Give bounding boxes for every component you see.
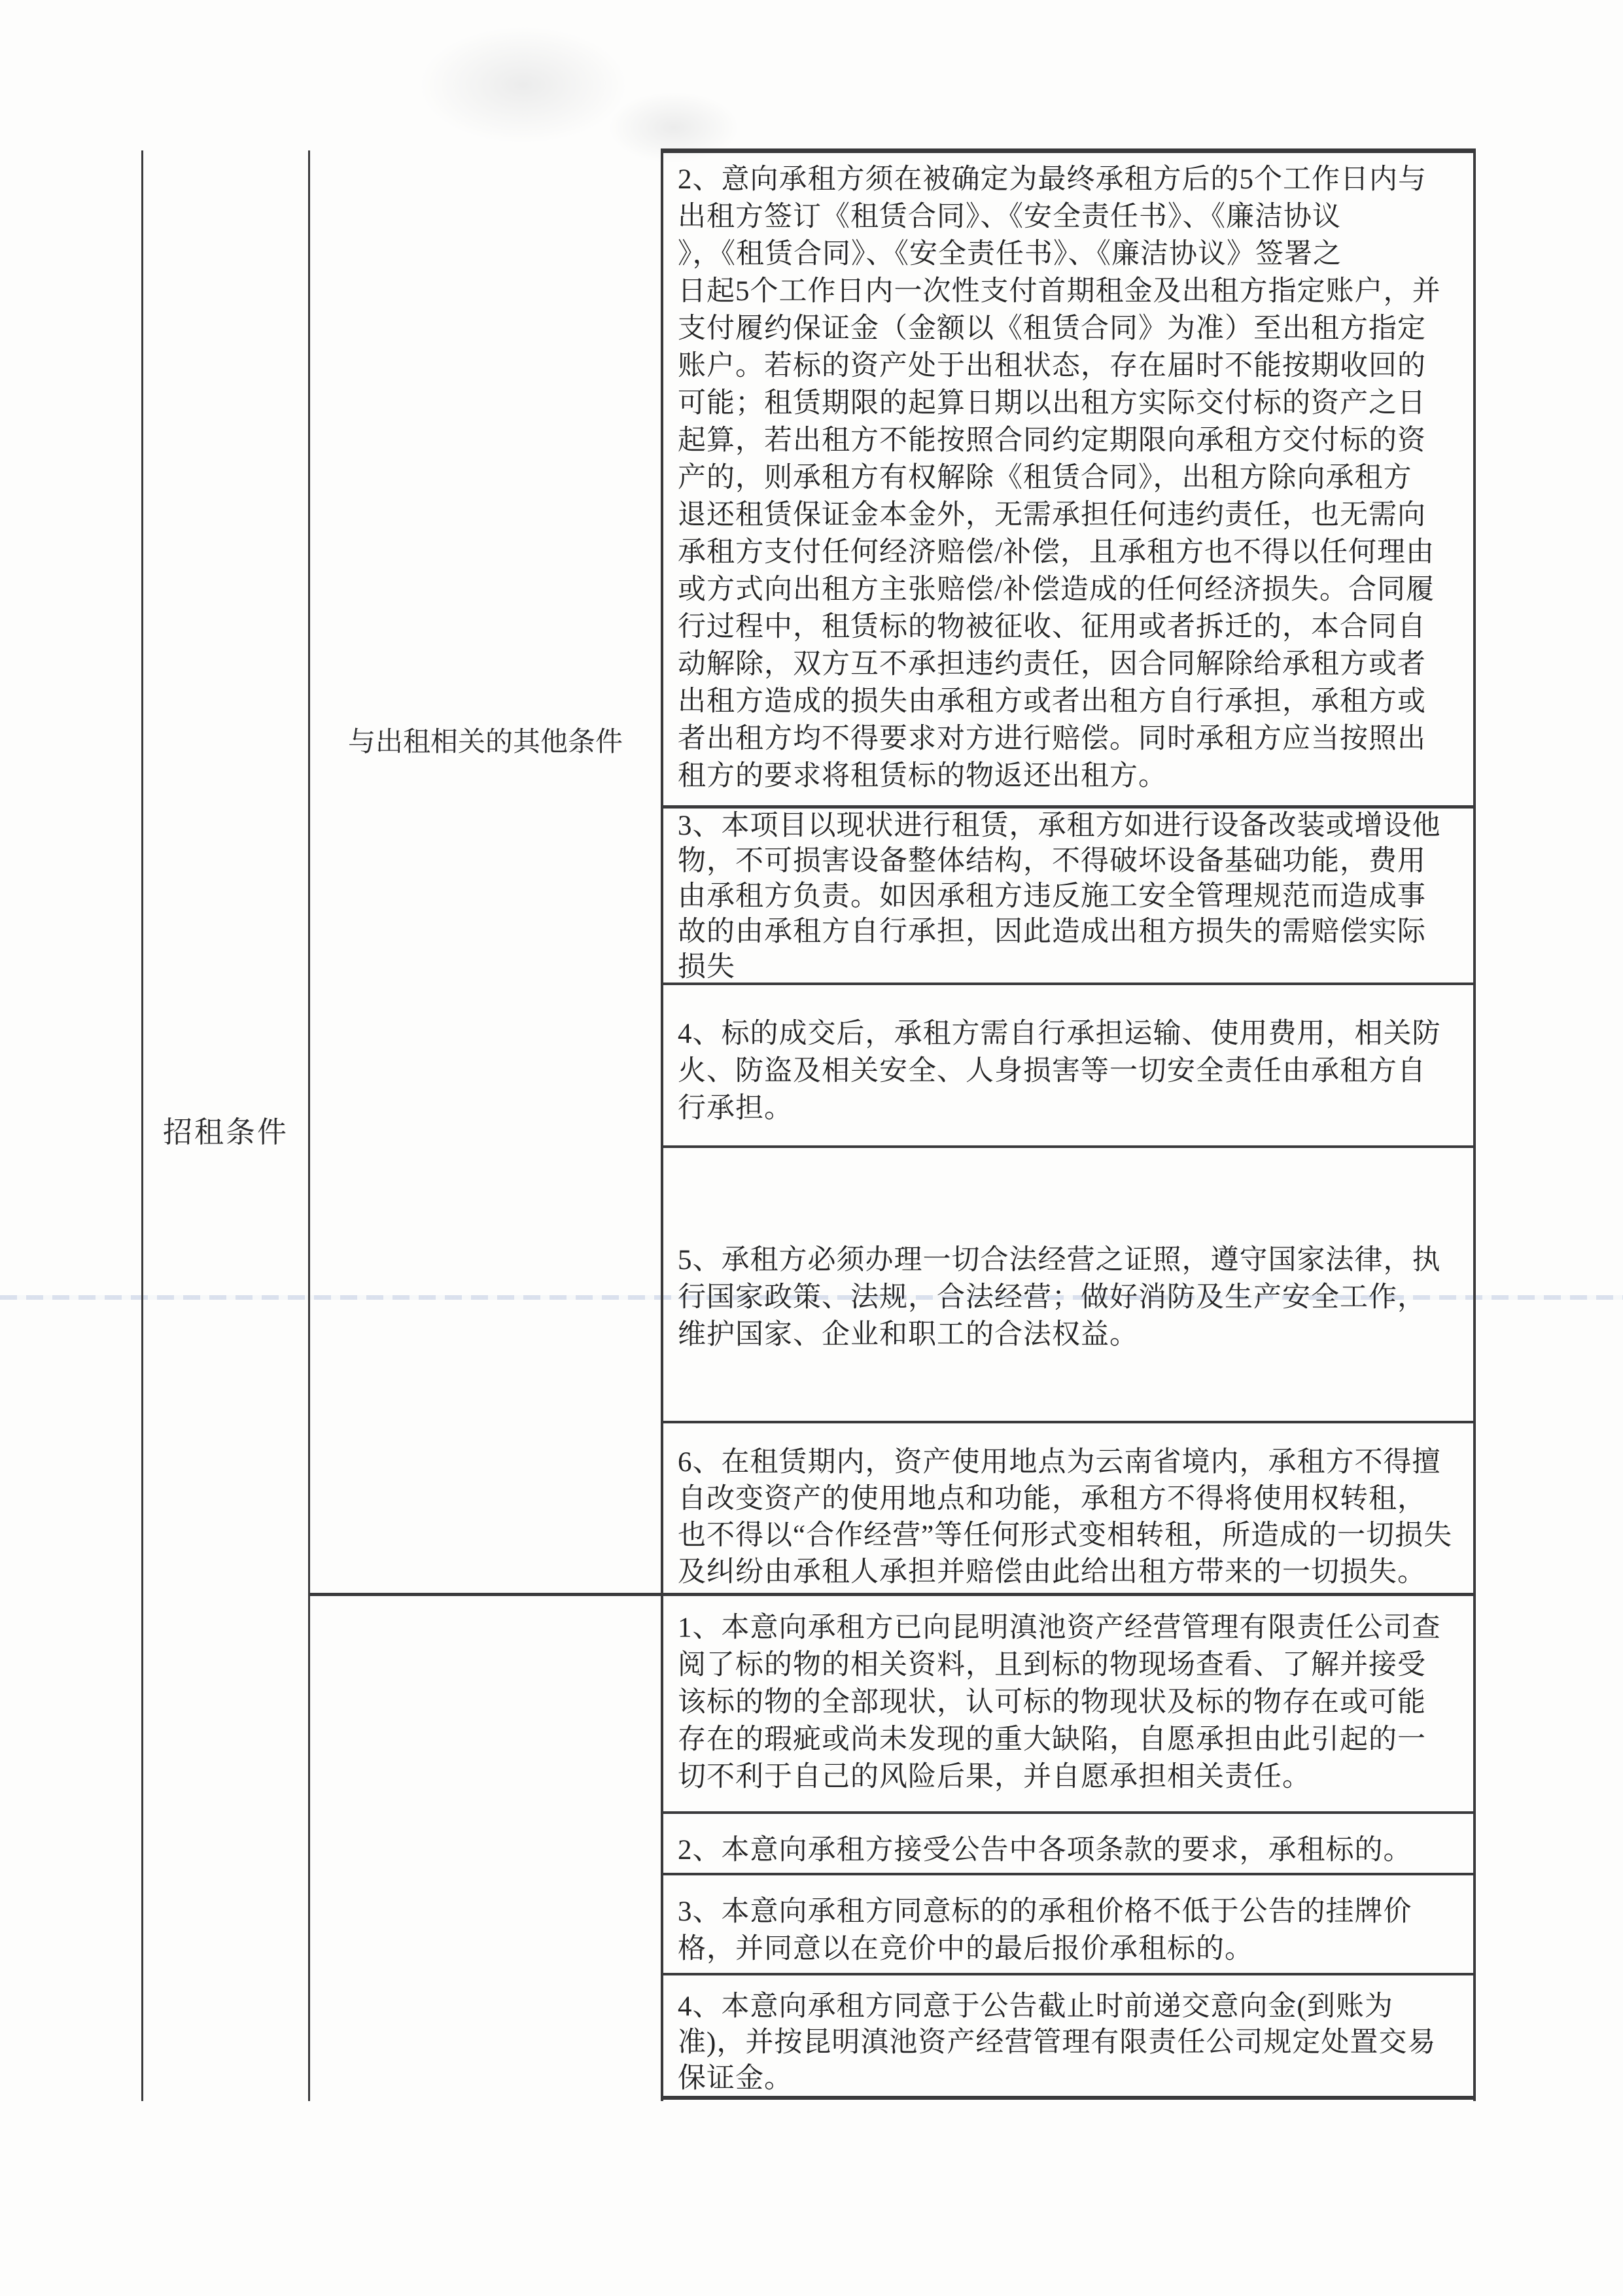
clause-cell-price-not-below-listing: 3、本意向承租方同意标的的承租价格不低于公告的挂牌价 格，并同意以在竞价中的最后… xyxy=(678,1893,1464,1968)
column-label-other-lease-conditions: 与出租相关的其他条件 xyxy=(310,720,661,759)
row-group-label-rental-conditions: 招租条件 xyxy=(143,1108,308,1151)
table-border-row-5 xyxy=(661,1811,1476,1814)
scanned-document-page: 招租条件 与出租相关的其他条件 2、意向承租方须在被确定为最终承租方后的5个工作… xyxy=(0,0,1623,2296)
table-border-vertical-col1-col2 xyxy=(308,150,310,2101)
table-border-group-divider xyxy=(308,1593,1476,1596)
clause-cell-usage-location-no-sublease: 6、在租赁期内，资产使用地点为云南省境内，承租方不得擅 自改变资产的使用地点和功… xyxy=(678,1444,1464,1591)
clause-cell-transport-safety-liability: 4、标的成交后，承租方需自行承担运输、使用费用，相关防 火、防盗及相关安全、人身… xyxy=(678,1015,1464,1127)
table-border-row-4 xyxy=(661,1421,1476,1423)
table-border-vertical-col2-col3 xyxy=(661,150,663,2101)
clause-cell-accept-announcement-terms: 2、本意向承租方接受公告中各项条款的要求，承租标的。 xyxy=(678,1832,1464,1869)
table-border-row-6 xyxy=(661,1873,1476,1875)
clause-cell-intent-deposit: 4、本意向承租方同意于公告截止时前递交意向金(到账为 准)，并按昆明滇池资产经营… xyxy=(678,1989,1464,2096)
table-border-row-7 xyxy=(661,1973,1476,1975)
clause-cell-lease-signing-terms: 2、意向承租方须在被确定为最终承租方后的5个工作日内与 出租方签订《租赁合同》、… xyxy=(678,161,1464,795)
table-border-top xyxy=(661,148,1476,153)
clause-cell-as-is-lease: 3、本项目以现状进行租赁，承租方如进行设备改装或增设他 物，不可损害设备整体结构… xyxy=(678,809,1464,985)
clause-cell-site-inspection-acknowledgement: 1、本意向承租方已向昆明滇池资产经营管理有限责任公司查 阅了标的物的相关资料，且… xyxy=(678,1609,1464,1796)
scan-smudge xyxy=(419,26,628,144)
table-border-vertical-right xyxy=(1473,150,1476,2101)
table-border-row-3 xyxy=(661,1145,1476,1148)
clause-cell-legal-operation: 5、承租方必须办理一切合法经营之证照，遵守国家法律，执 行国家政策、法规，合法经… xyxy=(678,1242,1464,1353)
